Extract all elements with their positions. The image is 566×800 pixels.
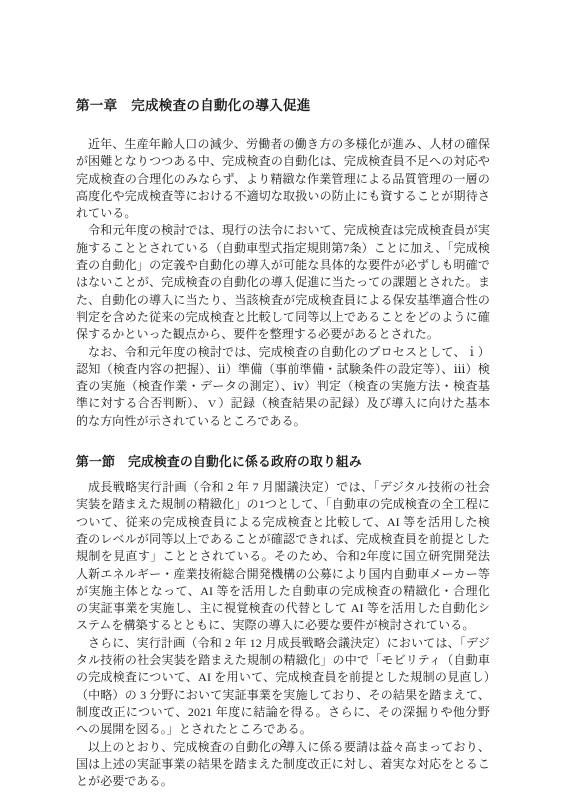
chapter-heading: 第一章 完成検査の自動化の導入促進 xyxy=(76,97,490,115)
page-number: 2 xyxy=(0,738,566,750)
document-page: 第一章 完成検査の自動化の導入促進 近年、生産年齢人口の減少、労働者の働き方の多… xyxy=(0,0,566,800)
section-paragraph-2: さらに、実行計画（令和 2 年 12 月成長戦略会議決定）においては、「デジタル… xyxy=(76,635,490,739)
chapter-paragraph-3: なお、令和元年度の検討では、完成検査の自動化のプロセスとして、ｉ）認知（検査内容… xyxy=(76,344,490,430)
chapter-paragraph-1: 近年、生産年齢人口の減少、労働者の働き方の多様化が進み、人材の確保が困難となりつ… xyxy=(76,136,490,222)
section-paragraph-1: 成長戦略実行計画（令和 2 年 7 月閣議決定）では、「デジタル技術の社会実装を… xyxy=(76,479,490,635)
chapter-paragraph-2: 令和元年度の検討では、現行の法令において、完成検査は完成検査員が実施することとさ… xyxy=(76,222,490,343)
section-heading: 第一節 完成検査の自動化に係る政府の取り組み xyxy=(76,453,490,470)
